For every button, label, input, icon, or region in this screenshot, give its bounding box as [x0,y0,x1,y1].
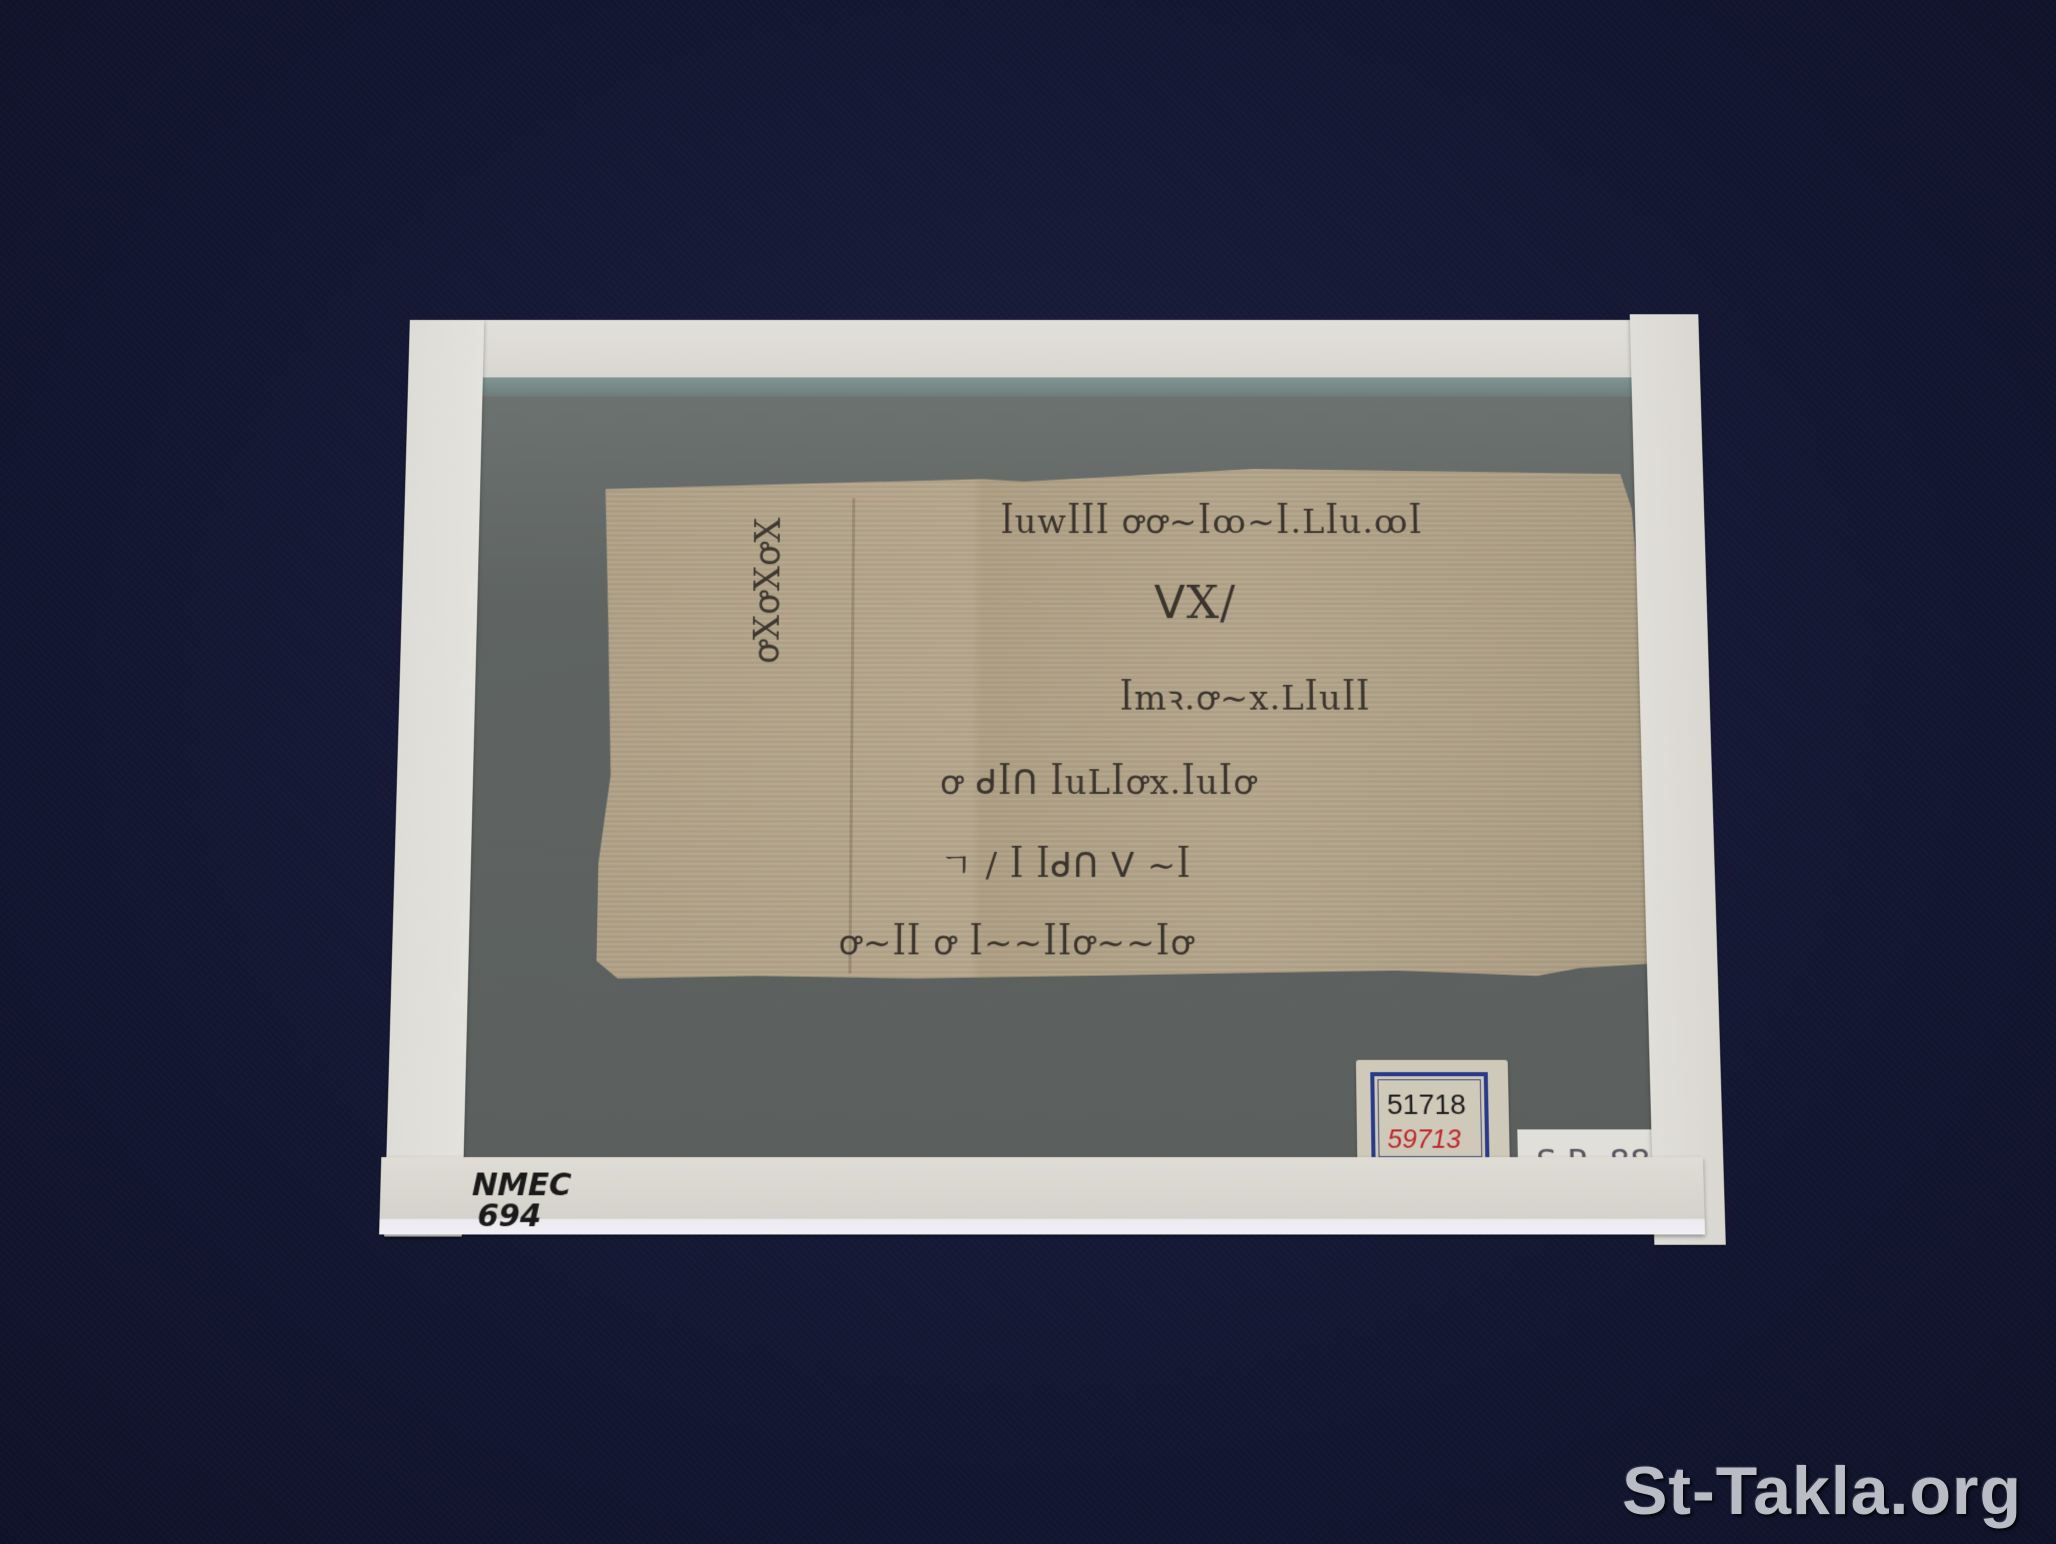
glass-mount-frame: ꝍXꝍXꝍX ꟾuwꟾꟾꟾ ꝍꝍ~ꟾꝏ~ꟾ.Lꟾu.ꝏꟾ ᐯX/ ꟾmꝛ.ꝍ~x… [358,320,1716,1255]
nmec-label-line2: 694 [471,1201,571,1232]
glass-edge [479,377,1631,396]
mount-tape-top [423,320,1651,377]
nmec-inventory-label: NMEC 694 [471,1171,572,1233]
stamp-border: 51718 59713 [1370,1072,1489,1164]
mount-tape-bottom [379,1157,1705,1234]
nmec-label-line1: NMEC [472,1171,572,1202]
papyrus-script-line: ꟾmꝛ.ꝍ~x.Lꟾuꟾꟾ [1120,674,1371,719]
papyrus-script-line: ᐯX/ [1154,576,1236,629]
papyrus-margin-notes: ꝍXꝍXꝍX [746,517,807,663]
stamp-number-red: 59713 [1387,1123,1461,1155]
papyrus-script-line: ꝍ~ꟾꟾ ꝍ ꟾ~~ꟾꟾꝍ~~ꟾꝍ [838,918,1194,964]
papyrus-script-line: ꟾuwꟾꟾꟾ ꝍꝍ~ꟾꝏ~ꟾ.Lꟾu.ꝏꟾ [1000,498,1423,543]
glass-panel: ꝍXꝍXꝍX ꟾuwꟾꟾꟾ ꝍꝍ~ꟾꝏ~ꟾ.Lꟾu.ꝏꟾ ᐯX/ ꟾmꝛ.ꝍ~x… [461,377,1653,1159]
papyrus-fragment: ꝍXꝍXꝍX ꟾuwꟾꟾꟾ ꝍꝍ~ꟾꝏ~ꟾ.Lꟾu.ꝏꟾ ᐯX/ ꟾmꝛ.ꝍ~x… [596,469,1666,984]
papyrus-script-line: ꝍ ᑯꟾᑎ ꟾuLꟾꝍx.ꟾuꟾꝍ [940,758,1257,804]
papyrus-fold-line [848,498,855,974]
papyrus-script-line: ㄱ / ꟾ ꟾᑯᑎ ᐯ ~ꟾ [940,838,1192,887]
stamp-number-black: 51718 [1387,1088,1467,1121]
watermark-text: St-Takla.org [1622,1452,2022,1530]
